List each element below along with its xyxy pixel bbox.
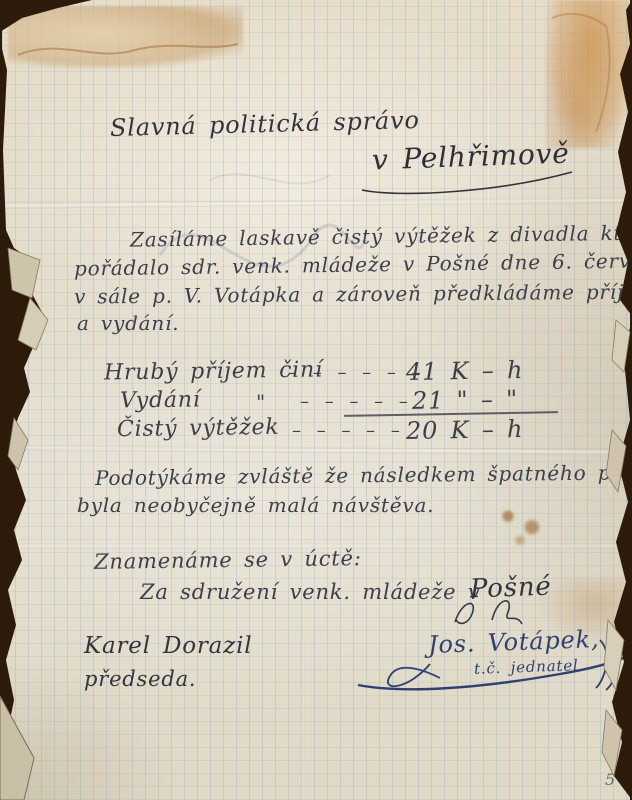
closing-line: Znamenáme se v úctě:: [94, 546, 362, 574]
closing-line: Za sdružení venk. mládeže v: [140, 580, 481, 604]
scanned-letter-page: Slavná politická správo v Pelhřimově Zas…: [0, 0, 632, 800]
body-line: byla neobyčejně malá návštěva.: [77, 493, 434, 517]
body-line: v sále p. V. Votápka a zároveň předkládá…: [74, 279, 632, 308]
signature-left-name: Karel Dorazil: [84, 633, 252, 659]
account-row-amount: 20 K – h: [406, 415, 524, 445]
body-line: a vydání.: [77, 311, 179, 335]
signature-right-name: Jos. Votápek,: [428, 625, 600, 659]
account-row-label: Čistý výtěžek: [117, 415, 280, 442]
place-line: v Pelhřimově: [371, 137, 570, 177]
account-row-dashes: – – – – –: [300, 391, 411, 412]
account-row-label: Vydání: [120, 387, 201, 413]
signature-right-role: t.č. jednatel: [474, 656, 579, 678]
page-number: 5: [605, 770, 616, 789]
account-row-dashes: – – – – –: [292, 420, 403, 441]
account-row-dashes: – – – – – –: [288, 362, 424, 383]
account-row-ditto: ": [256, 390, 266, 414]
signature-left-role: předseda.: [84, 667, 196, 691]
account-row-amount: 21 " – ": [412, 385, 518, 415]
account-row-amount: 41 K – h: [406, 356, 524, 386]
closing-place: Pošné: [470, 572, 553, 605]
